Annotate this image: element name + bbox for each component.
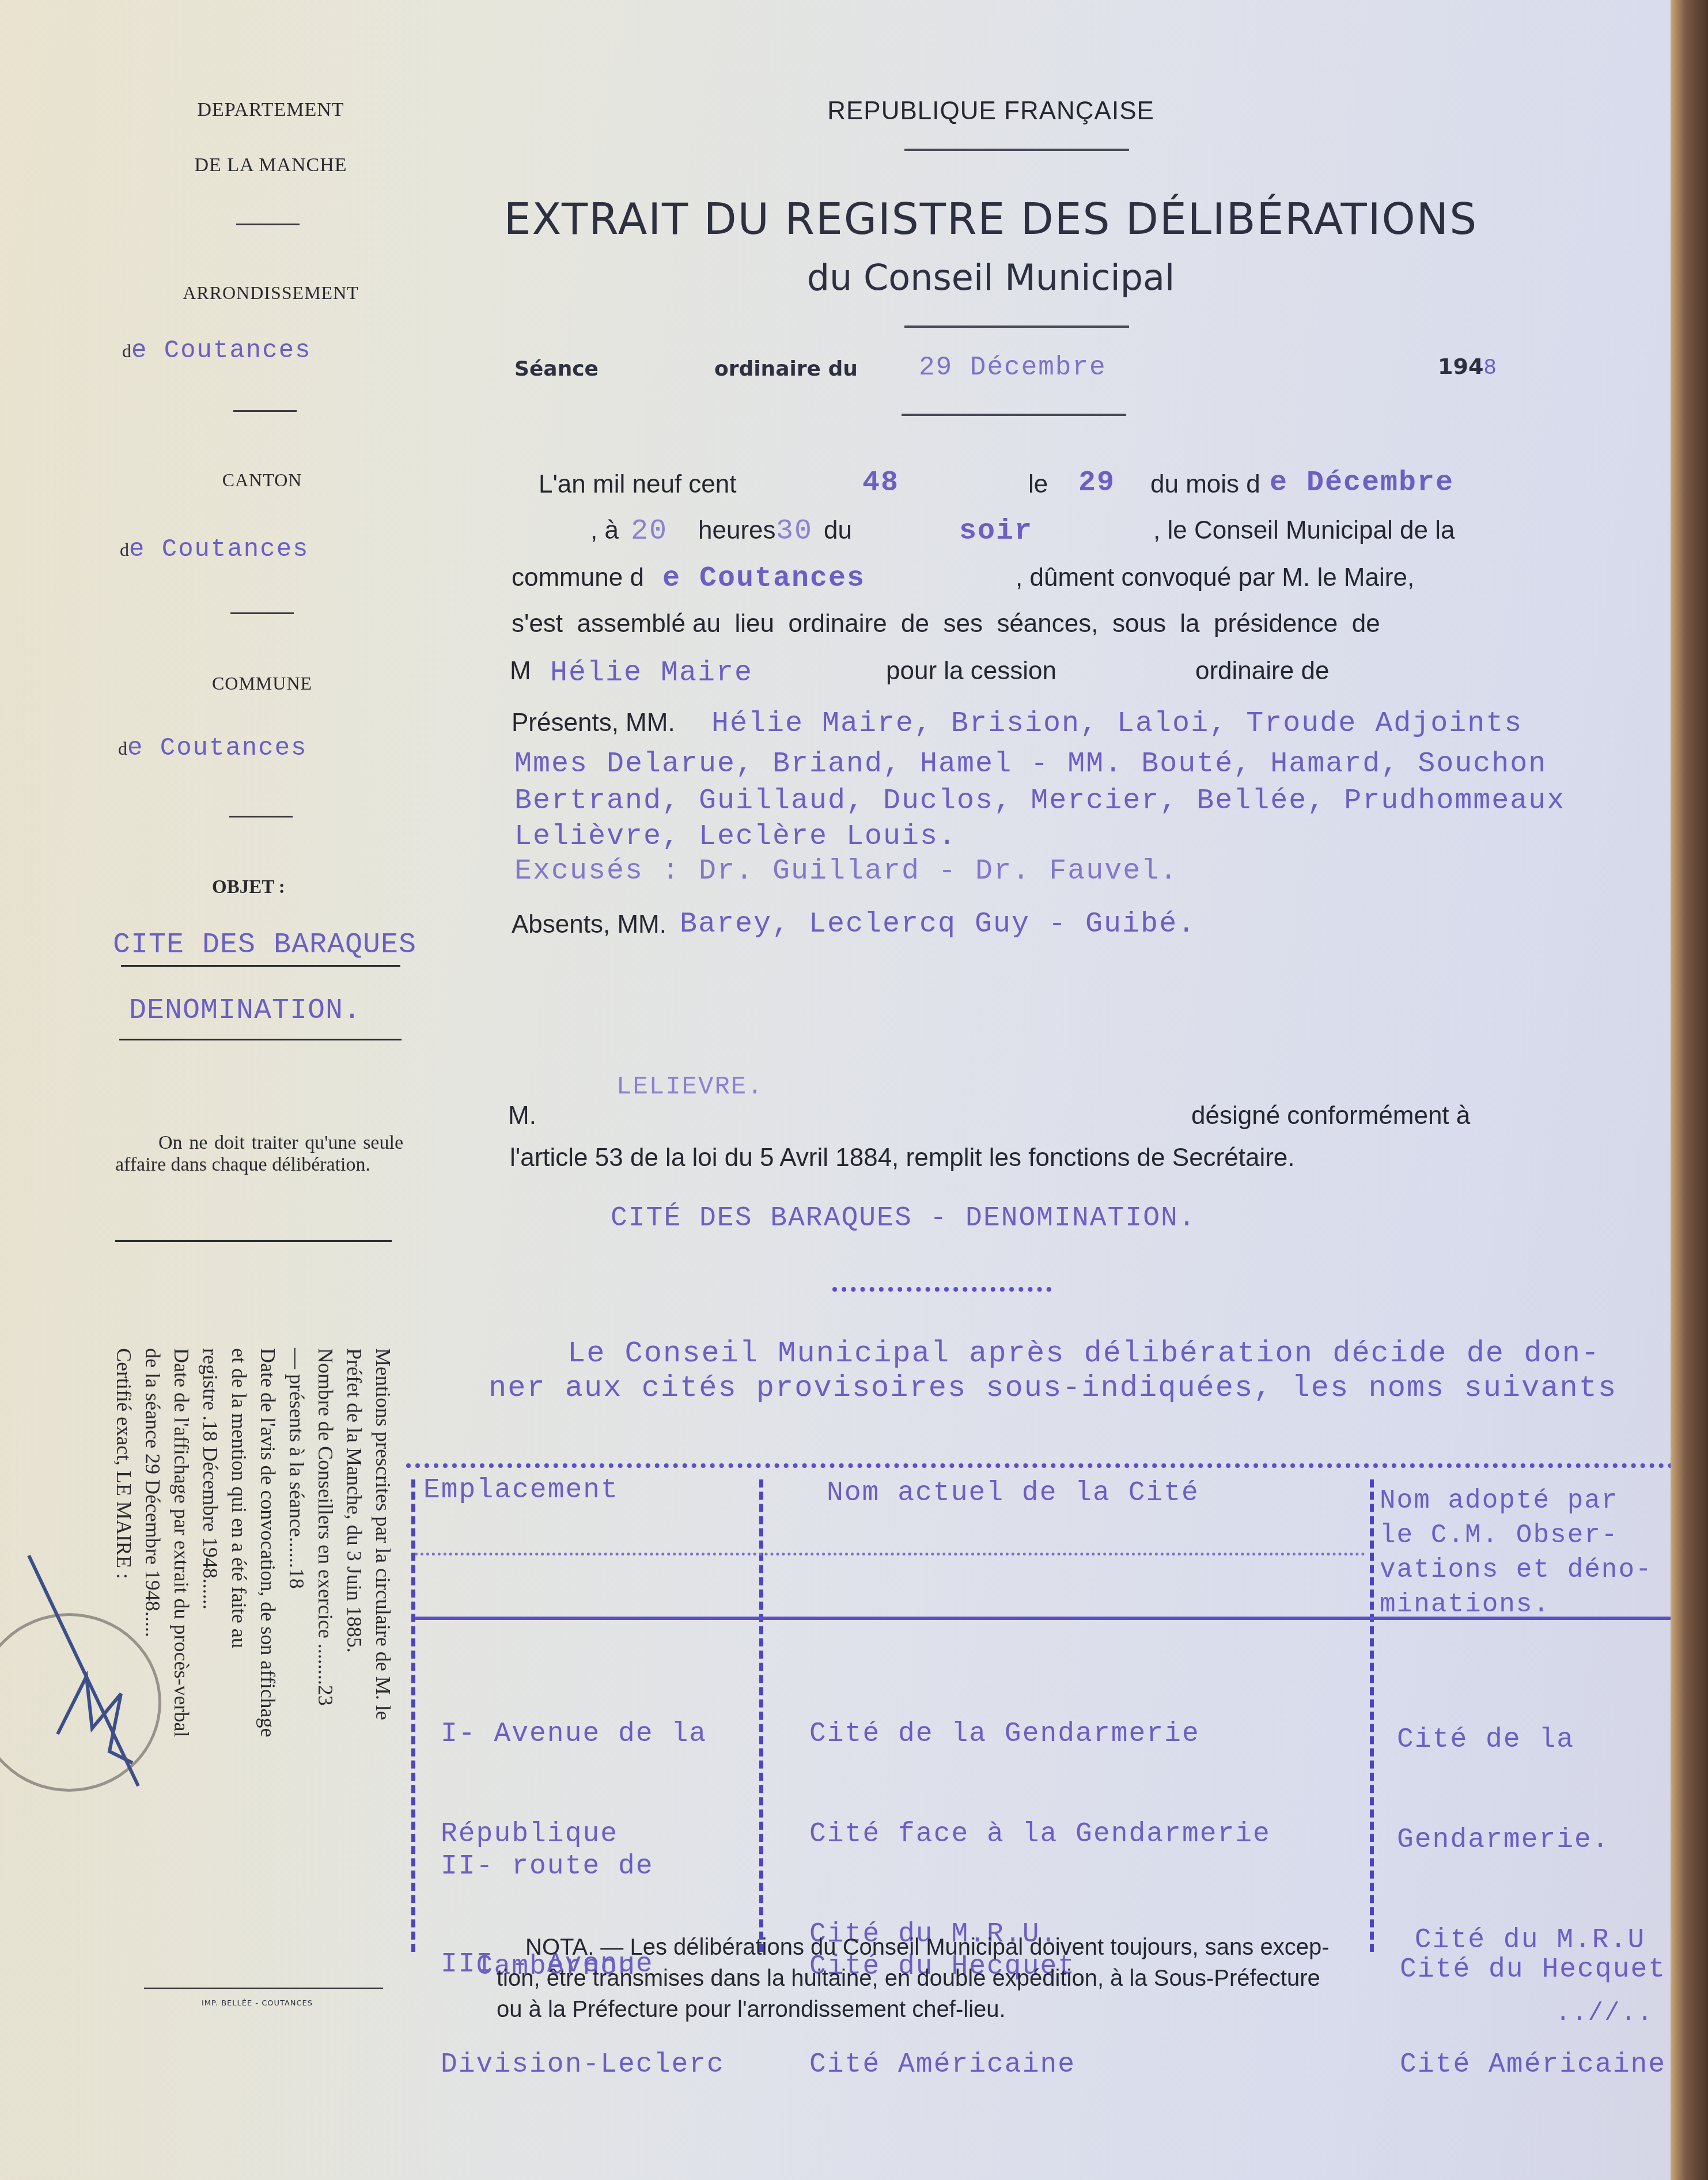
mentions-line: Date de l'affichage par extrait du procè… — [167, 1348, 196, 1738]
subject-heading: CITÉ DES BARAQUES - DENOMINATION. — [611, 1203, 1196, 1234]
decision-line-1: Le Conseil Municipal après délibération … — [567, 1337, 1600, 1371]
table-top-border — [406, 1463, 1673, 1468]
divider — [236, 224, 300, 225]
body-line-3-a: commune d — [512, 563, 644, 592]
body-period: soir — [959, 515, 1033, 548]
cell-line — [809, 1850, 1075, 1883]
body-line-2-b: heures — [698, 516, 776, 545]
continuation-mark: ..//.. — [1555, 1999, 1653, 2028]
seance-type-label: ordinaire du — [714, 357, 858, 381]
arrondissement-label: ARRONDISSEMENT — [132, 282, 409, 304]
objet-line-2: DENOMINATION. — [129, 994, 361, 1027]
header-nom-actuel: Nom actuel de la Cité — [827, 1478, 1199, 1509]
excuses-line: Excusés : Dr. Guillard - Dr. Fauvel. — [514, 855, 1178, 888]
body-line-1-a: L'an mil neuf cent — [539, 470, 737, 499]
header-line: Nom adopté par — [1380, 1483, 1653, 1518]
mentions-line: Préfet de la Manche, du 3 Juin 1885. — [340, 1348, 369, 1738]
header-divider — [904, 326, 1129, 328]
signature-icon — [23, 1544, 150, 1890]
table-col-divider — [411, 1479, 415, 1952]
body-minutes: 30 — [776, 515, 813, 548]
departement-value: DE LA MANCHE — [132, 154, 409, 176]
presents-line: Lelièvre, Leclère Louis. — [514, 820, 957, 853]
document-page: DEPARTEMENT DE LA MANCHE ARRONDISSEMENT … — [0, 0, 1685, 2180]
mentions-line: Mentions prescrites par la circulaire de… — [369, 1348, 397, 1738]
note-divider — [115, 1240, 392, 1242]
body-president: Hélie Maire — [550, 657, 753, 690]
mentions-line: Date de l'avis de convocation, de son af… — [253, 1348, 282, 1738]
departement-label: DEPARTEMENT — [132, 99, 409, 121]
body-line-2-c: du — [824, 516, 852, 545]
absents-value: Barey, Leclercq Guy - Guibé. — [680, 908, 1196, 941]
canton-field: de Coutances — [120, 533, 309, 564]
secretary-text-a: désigné conformément à — [1191, 1102, 1470, 1130]
table-col-divider — [759, 1479, 763, 1952]
cell-line: Cité Américaine — [809, 2048, 1075, 2081]
body-month: e Décembre — [1270, 467, 1454, 499]
body-line-3-b: , dûment convoqué par M. le Maire, — [1016, 563, 1414, 592]
body-commune: e Coutances — [662, 562, 865, 595]
seance-year-typed: 8 — [1483, 356, 1498, 381]
header-emplacement: Emplacement — [423, 1475, 619, 1506]
cell-line: Cité de la Gendarmerie — [809, 1717, 1271, 1751]
body-line-4: s'est assemblé au lieu ordinaire de ses … — [512, 610, 1514, 638]
mentions-line: registre .18 Décembre 1948...... — [196, 1348, 225, 1738]
header-nom-adopte: Nom adopté par le C.M. Obser- vations et… — [1380, 1483, 1653, 1622]
seance-date: 29 Décembre — [919, 353, 1107, 383]
header-line: vations et déno- — [1380, 1553, 1653, 1587]
cell-line: I- Avenue de la — [441, 1717, 707, 1751]
mentions-line: Nombre de Conseillers en exercice ......… — [311, 1348, 340, 1738]
secretary-m: M. — [508, 1102, 536, 1130]
arrondissement-value: e Coutances — [131, 336, 311, 365]
mentions-line: — présents à la séance......18 — [282, 1348, 311, 1738]
commune-prefix: d — [118, 738, 127, 759]
canton-value: e Coutances — [129, 535, 309, 564]
nota-line-1: NOTA. — Les délibérations du Conseil Mun… — [525, 1935, 1330, 1961]
header-sub-rule — [415, 1553, 1365, 1555]
presents-line: Hélie Maire, Brision, Laloi, Troude Adjo… — [711, 707, 1523, 740]
seance-label: Séance — [514, 357, 599, 381]
commune-field: de Coutances — [118, 732, 307, 763]
header-divider — [904, 149, 1129, 151]
seance-year: 1948 — [1438, 354, 1498, 381]
body-line-1-c: du mois d — [1150, 470, 1260, 499]
secretary-text-b: l'article 53 de la loi du 5 Avril 1884, … — [510, 1144, 1295, 1172]
canton-prefix: d — [120, 539, 129, 560]
divider — [230, 612, 294, 614]
body-line-2-d: , le Conseil Municipal de la — [1153, 516, 1455, 545]
cell-line: Cité de la — [1397, 1723, 1645, 1757]
single-affair-note: On ne doit traiter qu'une seule affaire … — [115, 1132, 403, 1176]
presents-line: Mmes Delarue, Briand, Hamel - MM. Bouté,… — [514, 748, 1547, 781]
document-subtitle: du Conseil Municipal — [743, 256, 1239, 298]
canton-label: CANTON — [132, 470, 392, 491]
divider — [233, 410, 297, 412]
cell-line: Cité Américaine — [1400, 2048, 1666, 2081]
decision-line-2: ner aux cités provisoires sous-indiquées… — [488, 1371, 1617, 1405]
arrondissement-prefix: d — [122, 340, 131, 361]
cell-line — [1400, 1948, 1666, 1981]
body-line-5-a: M — [510, 657, 531, 686]
seance-underline — [902, 414, 1126, 416]
commune-value: e Coutances — [127, 734, 307, 763]
presents-label: Présents, MM. — [512, 709, 675, 737]
cell-line: Division-Leclerc — [441, 2048, 725, 2081]
absents-label: Absents, MM. — [512, 910, 666, 939]
separator — [832, 1287, 1051, 1292]
objet-line-1: CITE DES BARAQUES — [113, 929, 416, 962]
body-day: 29 — [1078, 467, 1115, 499]
nota-line-3: ou à la Préfecture pour l'arrondissement… — [497, 1997, 1006, 2023]
cell-line: II- route de — [441, 1850, 654, 1883]
document-title: EXTRAIT DU REGISTRE DES DÉLIBÉRATIONS — [501, 195, 1480, 244]
body-year: 48 — [862, 467, 899, 499]
header-bottom-rule — [415, 1617, 1671, 1620]
printer-divider — [144, 1988, 383, 1989]
table-col-divider — [1370, 1479, 1374, 1952]
seance-year-printed: 194 — [1438, 354, 1483, 379]
header-line: le C.M. Obser- — [1380, 1518, 1653, 1553]
arrondissement-field: de Coutances — [122, 334, 311, 365]
body-line-1-b: le — [1028, 470, 1048, 499]
nota-line-2: tion, être transmises dans la huitaine, … — [497, 1966, 1320, 1992]
objet-underline — [121, 965, 400, 967]
body-line-2-a: , à — [590, 516, 619, 545]
body-line-5-b: pour la cession — [886, 657, 1056, 686]
objet-label: OBJET : — [212, 877, 285, 898]
body-line-5-c: ordinaire de — [1195, 657, 1329, 686]
divider — [229, 816, 293, 817]
presents-line: Bertrand, Guillaud, Duclos, Mercier, Bel… — [514, 785, 1565, 817]
page-edge-background — [1671, 0, 1708, 2180]
body-hour: 20 — [631, 515, 668, 548]
printer-credit: IMP. BELLÉE - COUTANCES — [202, 1999, 313, 2008]
secretary-name: LELIEVRE. — [616, 1073, 764, 1102]
objet-underline — [119, 1039, 402, 1040]
mentions-line: et de la mention qui en a été faite au — [225, 1348, 253, 1738]
republic-heading: REPUBLIQUE FRANÇAISE — [795, 97, 1187, 126]
commune-label: COMMUNE — [127, 673, 397, 694]
